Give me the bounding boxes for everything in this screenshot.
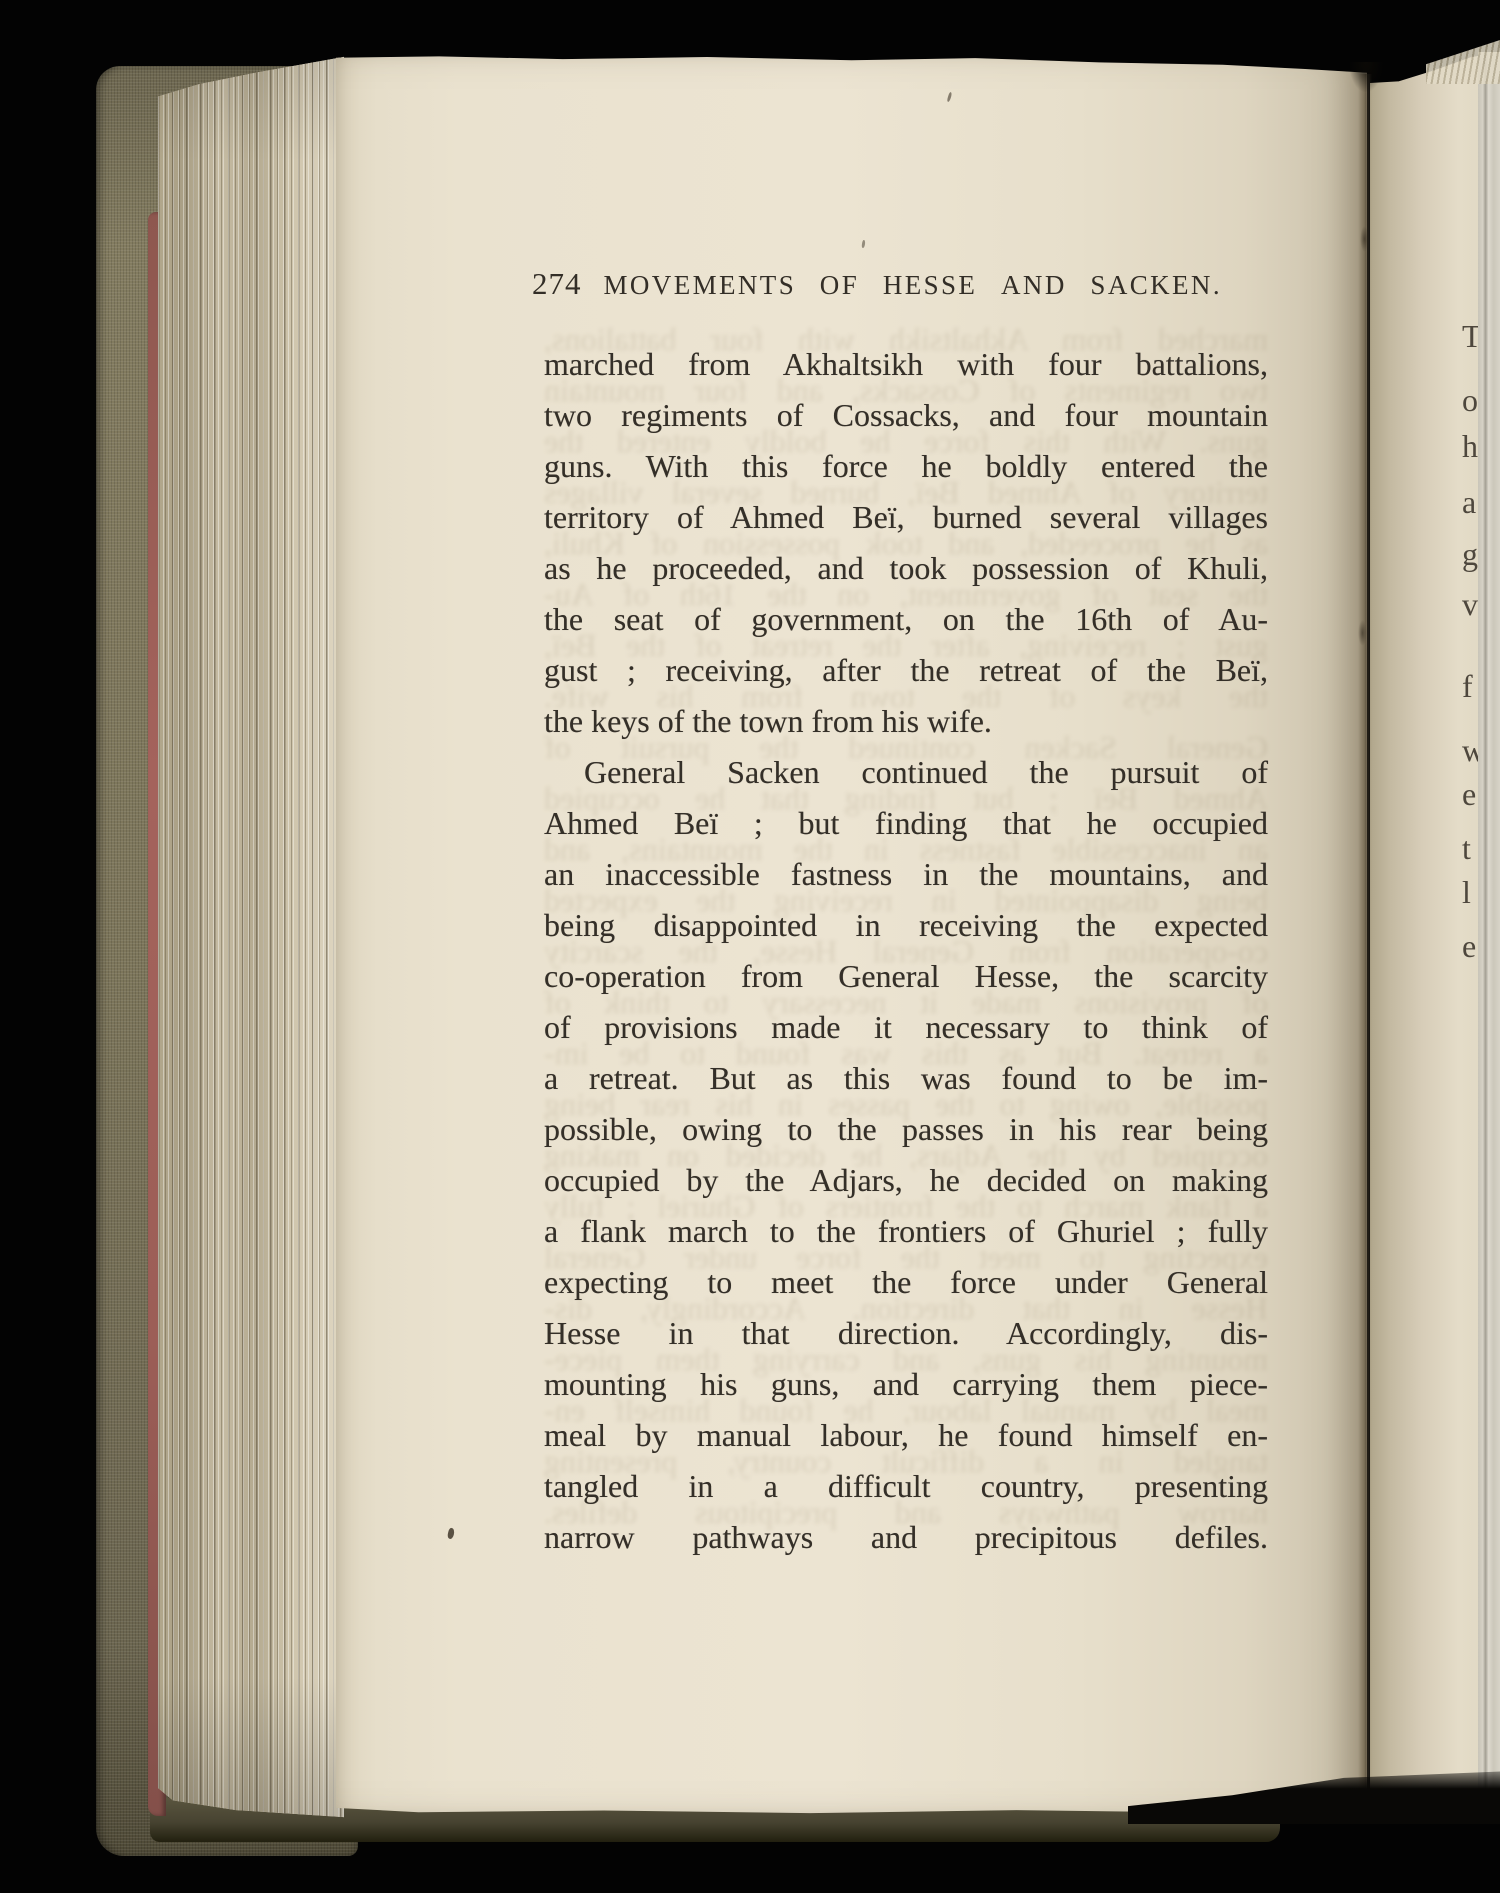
text-line: narrow pathways and precipitous defiles. — [544, 1512, 1268, 1563]
right-page-letter-fragment: e — [1462, 928, 1476, 965]
text-line: expecting to meet the force under Genera… — [544, 1257, 1268, 1308]
text-line: co-operation from General Hesse, the sca… — [544, 951, 1268, 1002]
running-title-word: MOVEMENTS — [604, 270, 797, 301]
text-line: an inaccessible fastness in the mountain… — [544, 849, 1268, 900]
text-line: territory of Ahmed Beï, burned several v… — [544, 492, 1268, 543]
text-line: possible, owing to the passes in his rea… — [544, 1104, 1268, 1155]
right-page-letter-fragment: a — [1462, 484, 1476, 521]
gutter-notch — [1360, 226, 1369, 252]
running-title-word: SACKEN. — [1090, 270, 1222, 301]
left-page: 274 MOVEMENTSOFHESSEANDSACKEN. marched f… — [336, 56, 1367, 1814]
text-line: marched from Akhaltsikh with four battal… — [544, 339, 1268, 390]
text-line: gust ; receiving, after the retreat of t… — [544, 645, 1268, 696]
book-photo: 274 MOVEMENTSOFHESSEANDSACKEN. marched f… — [0, 0, 1500, 1893]
text-line: meal by manual labour, he found himself … — [544, 1410, 1268, 1461]
right-page-letter-fragment: e — [1462, 776, 1476, 813]
text-line: of provisions made it necessary to think… — [544, 1002, 1268, 1053]
running-head: 274 MOVEMENTSOFHESSEANDSACKEN. — [532, 266, 1222, 302]
running-title-word: HESSE — [883, 270, 978, 301]
text-line: as he proceeded, and took possession of … — [544, 543, 1268, 594]
right-page-letter-fragment: f — [1462, 668, 1473, 705]
running-title-word: AND — [1001, 270, 1067, 301]
text-line: the seat of government, on the 16th of A… — [544, 594, 1268, 645]
text-line: a retreat. But as this was found to be i… — [544, 1053, 1268, 1104]
gutter-notch — [1358, 620, 1367, 646]
running-title: MOVEMENTSOFHESSEANDSACKEN. — [604, 270, 1223, 301]
right-page-letter-fragment: l — [1462, 874, 1471, 911]
text-line: occupied by the Adjars, he decided on ma… — [544, 1155, 1268, 1206]
right-page-top-edges — [1426, 40, 1500, 84]
right-page-letter-fragment: t — [1462, 830, 1471, 867]
text-line: Hesse in that direction. Accordingly, di… — [544, 1308, 1268, 1359]
text-line: mounting his guns, and carrying them pie… — [544, 1359, 1268, 1410]
text-line: being disappointed in receiving the expe… — [544, 900, 1268, 951]
text-line: the keys of the town from his wife. — [544, 696, 1268, 747]
right-page-letter-fragment: g — [1462, 536, 1478, 573]
page-number: 274 — [532, 266, 582, 302]
gutter-crease — [1358, 74, 1372, 1802]
right-page-fore-edge-strip — [1478, 52, 1500, 1790]
text-line: a flank march to the frontiers of Ghurie… — [544, 1206, 1268, 1257]
fore-edge-page-stack — [158, 56, 344, 1818]
text-line: General Sacken continued the pursuit of — [544, 747, 1268, 798]
text-line: two regiments of Cossacks, and four moun… — [544, 390, 1268, 441]
gutter-top-nick — [1349, 62, 1383, 92]
text-line: tangled in a difficult country, presenti… — [544, 1461, 1268, 1512]
right-page-text-fragments: Tovhsagvefwetle — [1370, 50, 1482, 1790]
running-title-word: OF — [820, 270, 859, 301]
text-line: Ahmed Beï ; but finding that he occupied — [544, 798, 1268, 849]
text-block: marched from Akhaltsikh with four battal… — [544, 339, 1268, 1563]
text-line: guns. With this force he boldly entered … — [544, 441, 1268, 492]
